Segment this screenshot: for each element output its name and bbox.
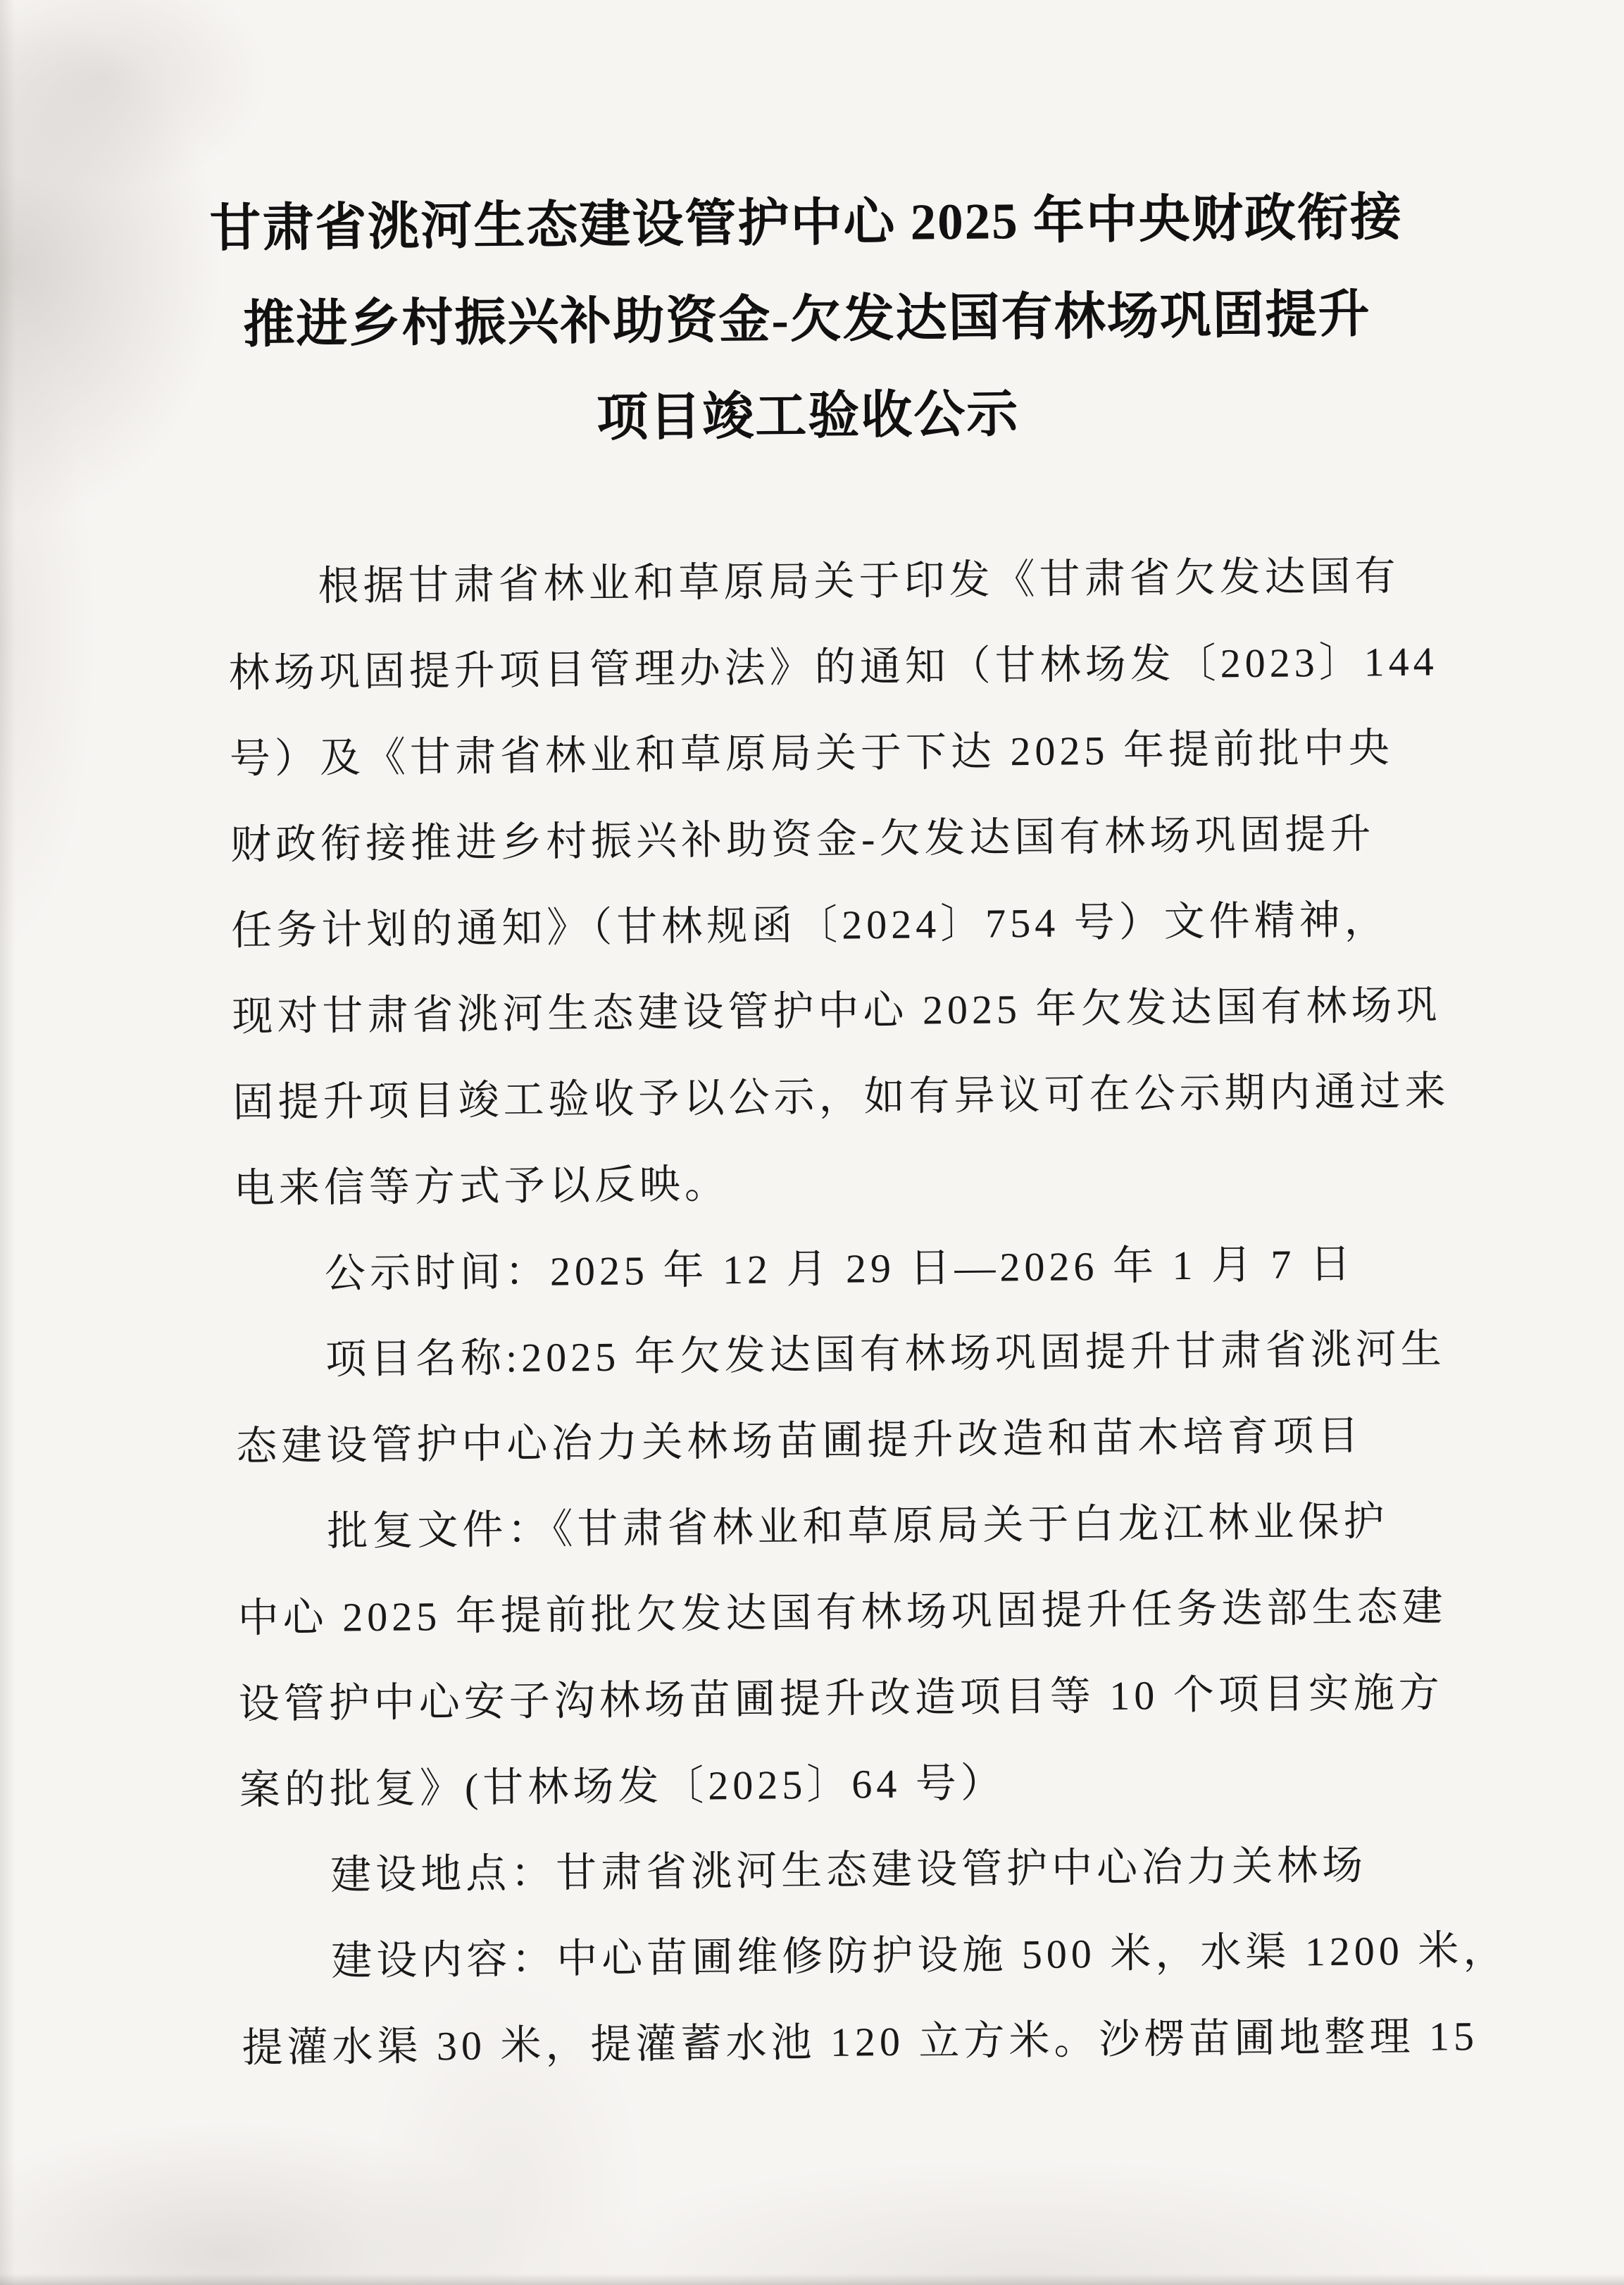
title-line-1: 甘肃省洮河生态建设管护中心 2025 年中央财政衔接 <box>99 168 1513 278</box>
document-body: 根据甘肃省林业和草原局关于印发《甘肃省欠发达国有 林场巩固提升项目管理办法》的通… <box>227 532 1551 2091</box>
title-line-3: 项目竣工验收公示 <box>101 361 1515 471</box>
paragraph-construction-site: 建设地点：甘肃省洮河生态建设管护中心冶力关林场 <box>240 1821 1550 1919</box>
paragraph-construction-content: 建设内容：中心苗圃维修防护设施 500 米，水渠 1200 米， 提灌水渠 30… <box>241 1907 1551 2091</box>
paragraph-publicity-period: 公示时间：2025 年 12 月 29 日—2026 年 1 月 7 日 <box>234 1219 1544 1318</box>
document-title: 甘肃省洮河生态建设管护中心 2025 年中央财政衔接 推进乡村振兴补助资金-欠发… <box>99 168 1515 471</box>
scanned-page: 甘肃省洮河生态建设管护中心 2025 年中央财政衔接 推进乡村振兴补助资金-欠发… <box>0 0 1624 2285</box>
paragraph-project-name: 项目名称:2025 年欠发达国有林场巩固提升甘肃省洮河生 态建设管护中心冶力关林… <box>235 1305 1546 1490</box>
paragraph-intro: 根据甘肃省林业和草原局关于印发《甘肃省欠发达国有 林场巩固提升项目管理办法》的通… <box>227 532 1543 1232</box>
document-content: 甘肃省洮河生态建设管护中心 2025 年中央财政衔接 推进乡村振兴补助资金-欠发… <box>0 0 1624 2093</box>
paragraph-approval-document: 批复文件：《甘肃省林业和草原局关于白龙江林业保护 中心 2025 年提前批欠发达… <box>237 1477 1549 1833</box>
title-line-2: 推进乡村振兴补助资金-欠发达国有林场巩固提升 <box>100 264 1513 374</box>
